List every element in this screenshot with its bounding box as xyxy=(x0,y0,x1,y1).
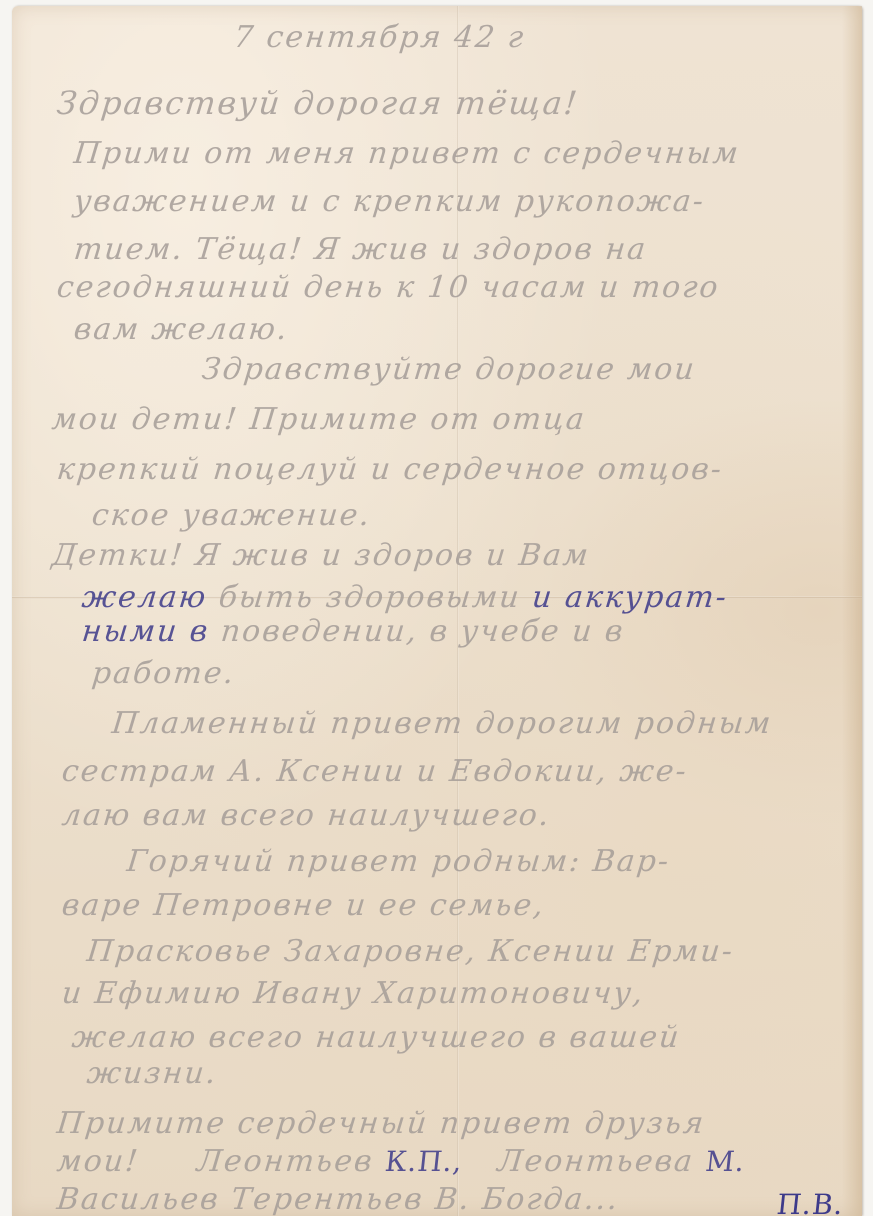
letter-line: Детки! Я жив и здоров и Вам xyxy=(50,538,592,573)
pencil-text: мои! xyxy=(55,1144,141,1179)
letter-line: желаю всего наилучшего в вашей xyxy=(70,1020,682,1055)
pencil-text: Васильев Терентьев В. Богда... xyxy=(55,1182,621,1216)
letter-line: сегодняшний день к 10 часам и того xyxy=(55,270,721,305)
signature-initials: К.П., xyxy=(383,1145,464,1178)
paper-sheet: 7 сентября 42 г Здравствуй дорогая тёща!… xyxy=(12,6,862,1216)
letter-line-mixed-ink: ными в поведении, в учебе и в xyxy=(80,614,626,649)
letter-line: Здравствуйте дорогие мои xyxy=(200,352,697,387)
letter-line: Примите сердечный привет друзья xyxy=(55,1106,707,1141)
letter-line: Прими от меня привет с сердечным xyxy=(72,136,742,171)
letter-line: Прасковье Захаровне, Ксении Ерми- xyxy=(85,934,736,969)
letter-line: тием. Тёща! Я жив и здоров на xyxy=(72,232,649,267)
letter-line: уважением и с крепким рукопожа- xyxy=(72,184,707,219)
letter-line: сестрам А. Ксении и Евдокии, же- xyxy=(60,754,689,789)
pencil-text: Леонтьев xyxy=(195,1144,375,1179)
letter-line: ское уважение. xyxy=(90,498,373,533)
letter-greeting: Здравствуй дорогая тёща! xyxy=(55,84,581,122)
letter-last-line: Васильев Терентьев В. Богда... xyxy=(55,1182,621,1216)
letter-body: 7 сентября 42 г Здравствуй дорогая тёща!… xyxy=(12,6,862,1216)
letter-closing-line: мои! Леонтьев К.П., Леонтьева М. xyxy=(55,1144,747,1179)
ink-text: ными в xyxy=(80,614,211,649)
letter-line-mixed-ink: желаю быть здоровыми и аккурат- xyxy=(80,580,730,615)
ink-text: и аккурат- xyxy=(530,580,729,615)
letter-line: мои дети! Примите от отца xyxy=(50,402,588,437)
letter-line: Горячий привет родным: Вар- xyxy=(125,844,672,879)
letter-line: Пламенный привет дорогим родным xyxy=(110,706,774,741)
letter-date: 7 сентября 42 г xyxy=(232,20,527,55)
signature-initials: П.В. xyxy=(775,1188,845,1216)
letter-line: работе. xyxy=(90,656,237,691)
letter-line: и Ефимию Ивану Харитоновичу, xyxy=(60,976,646,1011)
letter-line: вам желаю. xyxy=(72,312,290,347)
pencil-text: поведении, в учебе и в xyxy=(219,614,626,649)
letter-line: жизни. xyxy=(85,1056,219,1091)
letter-line: варе Петровне и ее семье, xyxy=(60,888,547,923)
pencil-text: Леонтьева xyxy=(496,1144,696,1179)
signature-initials: М. xyxy=(704,1145,747,1178)
letter-line: лаю вам всего наилучшего. xyxy=(60,798,552,833)
letter-line: крепкий поцелуй и сердечное отцов- xyxy=(55,452,725,487)
scanned-letter: 7 сентября 42 г Здравствуй дорогая тёща!… xyxy=(0,0,873,1216)
pencil-text: быть здоровыми xyxy=(217,580,523,615)
ink-text: желаю xyxy=(80,580,209,615)
